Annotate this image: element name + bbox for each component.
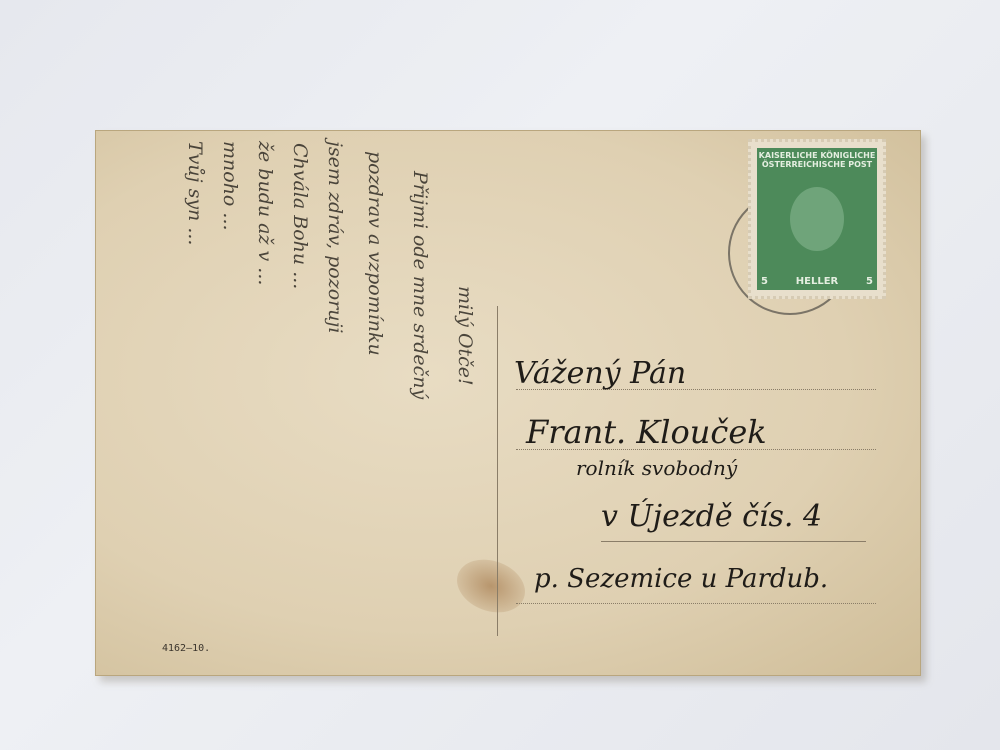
postcard: milý Otče! Přijmi ode mne srdečný pozdra… bbox=[95, 130, 921, 676]
print-number: 4162—10. bbox=[162, 643, 210, 654]
address-salutation: Vážený Pán bbox=[514, 356, 686, 391]
message-line: milý Otče! bbox=[454, 286, 476, 386]
address-post: p. Sezemice u Pardub. bbox=[534, 564, 828, 594]
message-line: jsem zdráv, pozoruji bbox=[324, 141, 346, 333]
message-line: pozdrav a vzpomínku bbox=[364, 151, 386, 356]
address-occupation: rolník svobodný bbox=[576, 456, 737, 480]
message-line: Přijmi ode mne srdečný bbox=[409, 171, 431, 399]
address-rule bbox=[601, 541, 866, 542]
postage-stamp: KAISERLICHE KÖNIGLICHE ÖSTERREICHISCHE P… bbox=[748, 139, 886, 299]
message-line: že budu až v ... bbox=[254, 141, 276, 285]
address-village: v Újezdě čís. 4 bbox=[601, 499, 822, 534]
message-area: milý Otče! Přijmi ode mne srdečný pozdra… bbox=[96, 131, 496, 676]
stamp-value-label: HELLER bbox=[796, 276, 838, 287]
emperor-portrait-icon bbox=[790, 187, 844, 251]
address-name: Frant. Klouček bbox=[526, 413, 767, 451]
stamp-text: KAISERLICHE KÖNIGLICHE ÖSTERREICHISCHE P… bbox=[757, 151, 877, 169]
center-divider bbox=[497, 306, 498, 636]
message-line: mnoho ... bbox=[219, 141, 241, 231]
message-line: Tvůj syn ... bbox=[184, 141, 206, 245]
stamp-value-right: 5 bbox=[866, 276, 873, 287]
message-line: Chvála Bohu ... bbox=[289, 143, 311, 289]
address-rule bbox=[516, 603, 876, 604]
stamp-value-left: 5 bbox=[761, 276, 768, 287]
